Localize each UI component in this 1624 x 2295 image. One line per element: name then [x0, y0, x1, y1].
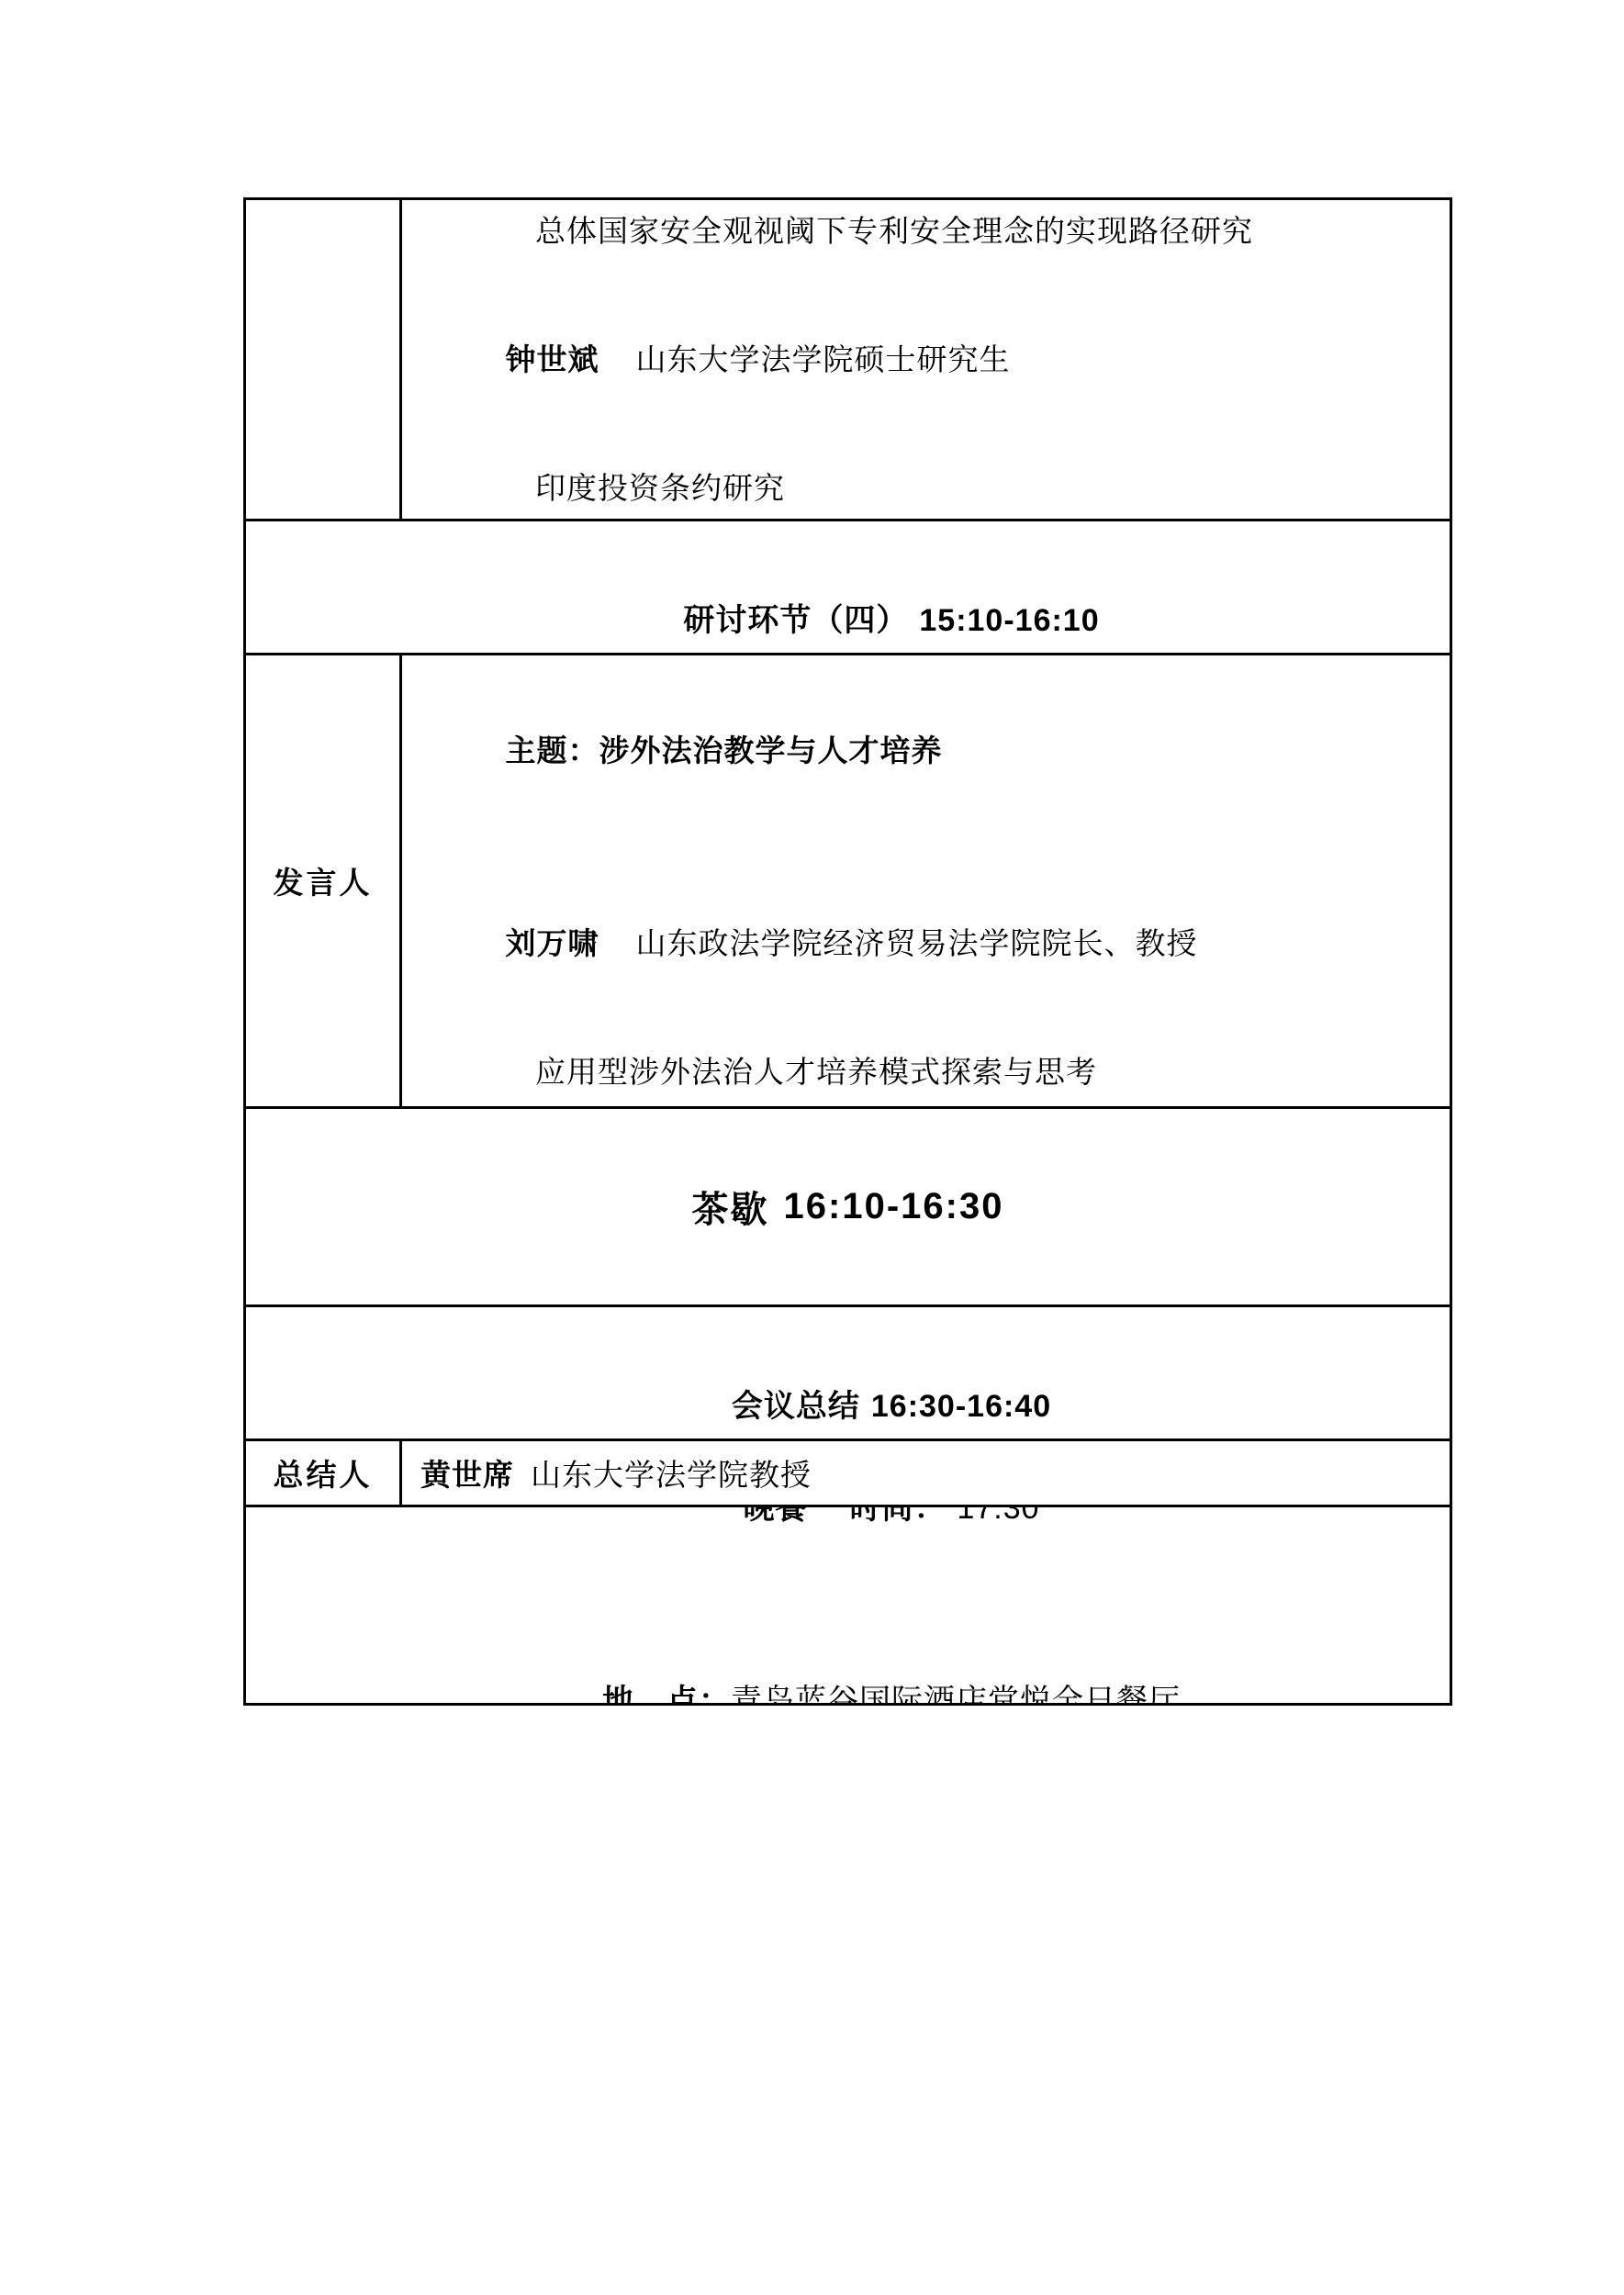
session3-continuation-cell: 总体国家安全观视阈下专利安全理念的实现路径研究 钟世斌山东大学法学院硕士研究生 …	[402, 200, 1450, 519]
dinner-time-line: 晚餐时间：17:30	[246, 1507, 1450, 1606]
paper-title: 总体国家安全观视阈下专利安全理念的实现路径研究	[420, 200, 1450, 264]
agenda-table: 总体国家安全观视阈下专利安全理念的实现路径研究 钟世斌山东大学法学院硕士研究生 …	[243, 197, 1452, 1706]
summary-title: 会议总结	[732, 1390, 860, 1424]
summarizer-affiliation: 山东大学法学院教授	[531, 1451, 812, 1495]
dinner-time-label: 时间：	[849, 1507, 946, 1526]
summary-title-line: 会议总结16:30-16:40	[246, 1309, 1450, 1439]
document-page: 总体国家安全观视阈下专利安全理念的实现路径研究 钟世斌山东大学法学院硕士研究生 …	[0, 0, 1624, 2295]
session4-title: 研讨环节（四）	[683, 604, 908, 638]
row-summarizer: 总结人 黄世席山东大学法学院教授	[246, 1441, 1450, 1507]
tea-break-label: 茶歇	[692, 1181, 769, 1233]
row-session4-header: 研讨环节（四）15:10-16:10 主持人：朱玲玲烟台大学法学院副教授	[246, 521, 1450, 655]
row-session3-continuation: 总体国家安全观视阈下专利安全理念的实现路径研究 钟世斌山东大学法学院硕士研究生 …	[246, 200, 1450, 521]
dinner-time: 17:30	[957, 1507, 1039, 1526]
speakers-row-label: 发言人	[246, 655, 402, 1106]
session4-header-cell: 研讨环节（四）15:10-16:10 主持人：朱玲玲烟台大学法学院副教授	[246, 521, 1450, 653]
session4-title-line: 研讨环节（四）15:10-16:10	[246, 523, 1450, 653]
dinner-location-label: 地 点：	[602, 1685, 731, 1703]
paper-title: 印度投资条约研究	[420, 457, 1450, 519]
speaker-affiliation: 山东政法学院经济贸易法学院院长、教授	[636, 928, 1198, 961]
topic-label: 主题：	[506, 735, 599, 768]
speaker-line: 石 岩山东财经大学法学院副教授	[420, 1105, 1450, 1106]
speaker-line: 刘万啸山东政法学院经济贸易法学院院长、教授	[420, 848, 1450, 1041]
speaker-line: 钟世斌山东大学法学院硕士研究生	[420, 264, 1450, 457]
summarizer-cell: 黄世席山东大学法学院教授	[402, 1441, 1450, 1505]
summarizer-row-label: 总结人	[246, 1441, 402, 1505]
summary-header-cell: 会议总结16:30-16:40 主持人：于向明山东大学法学院党委书记	[246, 1307, 1450, 1439]
speaker-affiliation: 山东大学法学院硕士研究生	[636, 344, 1011, 377]
topic-line: 主题：涉外法治教学与人才培养	[420, 655, 1450, 848]
dinner-label: 晚餐	[743, 1507, 807, 1526]
summary-time: 16:30-16:40	[871, 1389, 1051, 1424]
dinner-location: 青岛蓝谷国际酒店堂悦全日餐厅	[731, 1685, 1181, 1703]
empty-label-cell	[246, 200, 402, 519]
dinner-location-line: 地 点：青岛蓝谷国际酒店堂悦全日餐厅	[246, 1606, 1450, 1703]
session4-speakers-cell: 主题：涉外法治教学与人才培养 刘万啸山东政法学院经济贸易法学院院长、教授 应用型…	[402, 655, 1450, 1106]
paper-title: 应用型涉外法治人才培养模式探索与思考	[420, 1041, 1450, 1105]
row-tea-break: 茶歇16:10-16:30	[246, 1109, 1450, 1307]
row-dinner: 晚餐时间：17:30 地 点：青岛蓝谷国际酒店堂悦全日餐厅	[246, 1507, 1450, 1703]
row-session4-speakers: 发言人 主题：涉外法治教学与人才培养 刘万啸山东政法学院经济贸易法学院院长、教授…	[246, 655, 1450, 1109]
speaker-name: 刘万啸	[506, 912, 603, 977]
topic-text: 涉外法治教学与人才培养	[599, 735, 943, 768]
tea-break-time: 16:10-16:30	[784, 1186, 1004, 1227]
speaker-name: 钟世斌	[506, 329, 603, 393]
session4-time: 15:10-16:10	[919, 603, 1099, 638]
tea-break-cell: 茶歇16:10-16:30	[246, 1109, 1450, 1304]
dinner-cell: 晚餐时间：17:30 地 点：青岛蓝谷国际酒店堂悦全日餐厅	[246, 1507, 1450, 1703]
row-summary-header: 会议总结16:30-16:40 主持人：于向明山东大学法学院党委书记	[246, 1307, 1450, 1441]
summarizer-name: 黄世席	[420, 1451, 514, 1495]
